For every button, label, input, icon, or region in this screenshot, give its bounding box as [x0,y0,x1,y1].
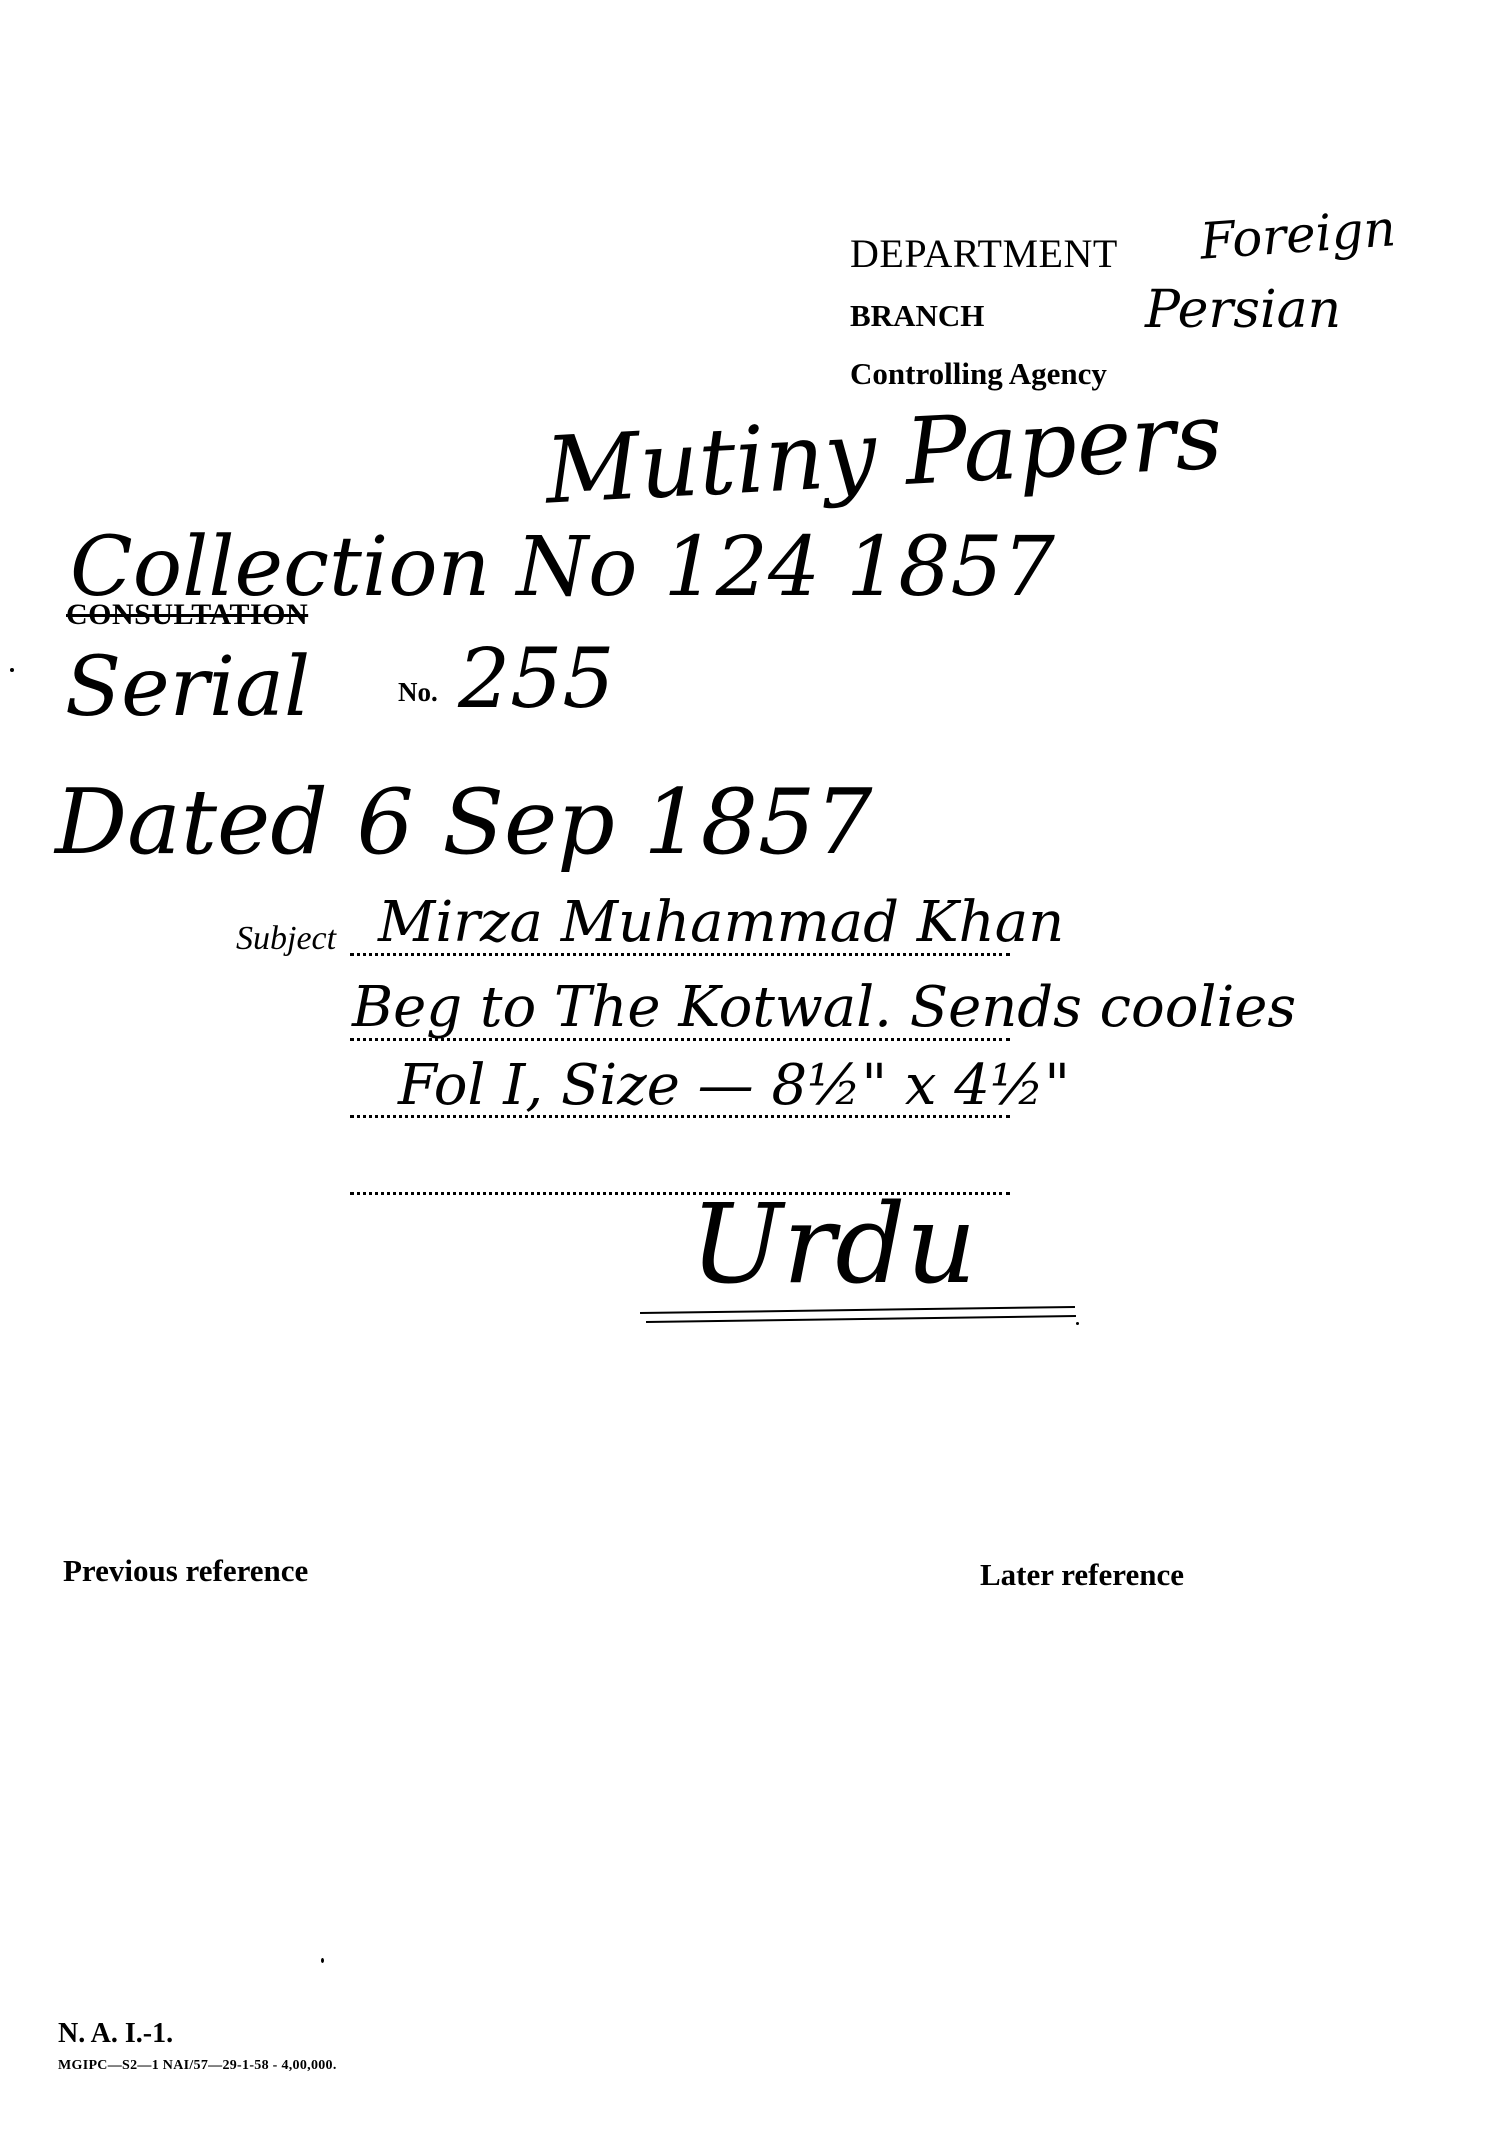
subject-line: Fol I, Size — 8½" x 4½" [398,1053,1070,1118]
subject-label: Subject [236,920,336,958]
controlling-agency-label: Controlling Agency [850,356,1107,392]
serial-no-label: No. [398,677,438,708]
language-underline [646,1315,1076,1323]
branch-value: Persian [1145,280,1341,340]
printer-imprint: MGIPC—S2—1 NAI/57—29-1-58 - 4,00,000. [58,2058,337,2074]
form-number: N. A. I.-1. [58,2018,173,2050]
later-reference-label: Later reference [980,1557,1184,1593]
consultation-label-struck: CONSULTATION [66,598,308,632]
serial-label: Serial [65,640,310,735]
scan-speck [321,1958,324,1963]
subject-line: Beg to The Kotwal. Sends coolies [352,975,1296,1040]
dated-field: Dated 6 Sep 1857 [55,770,873,875]
previous-reference-label: Previous reference [63,1553,308,1589]
language-note: Urdu [690,1180,977,1308]
collection-title: Mutiny Papers [543,382,1225,524]
serial-no-value: 255 [458,632,615,727]
subject-line: Mirza Muhammad Khan [378,890,1064,955]
scan-speck [1076,1322,1079,1325]
department-label: DEPARTMENT [850,230,1118,277]
branch-label: BRANCH [850,298,984,334]
department-value: Foreign [1198,199,1397,271]
scan-speck [10,668,14,672]
